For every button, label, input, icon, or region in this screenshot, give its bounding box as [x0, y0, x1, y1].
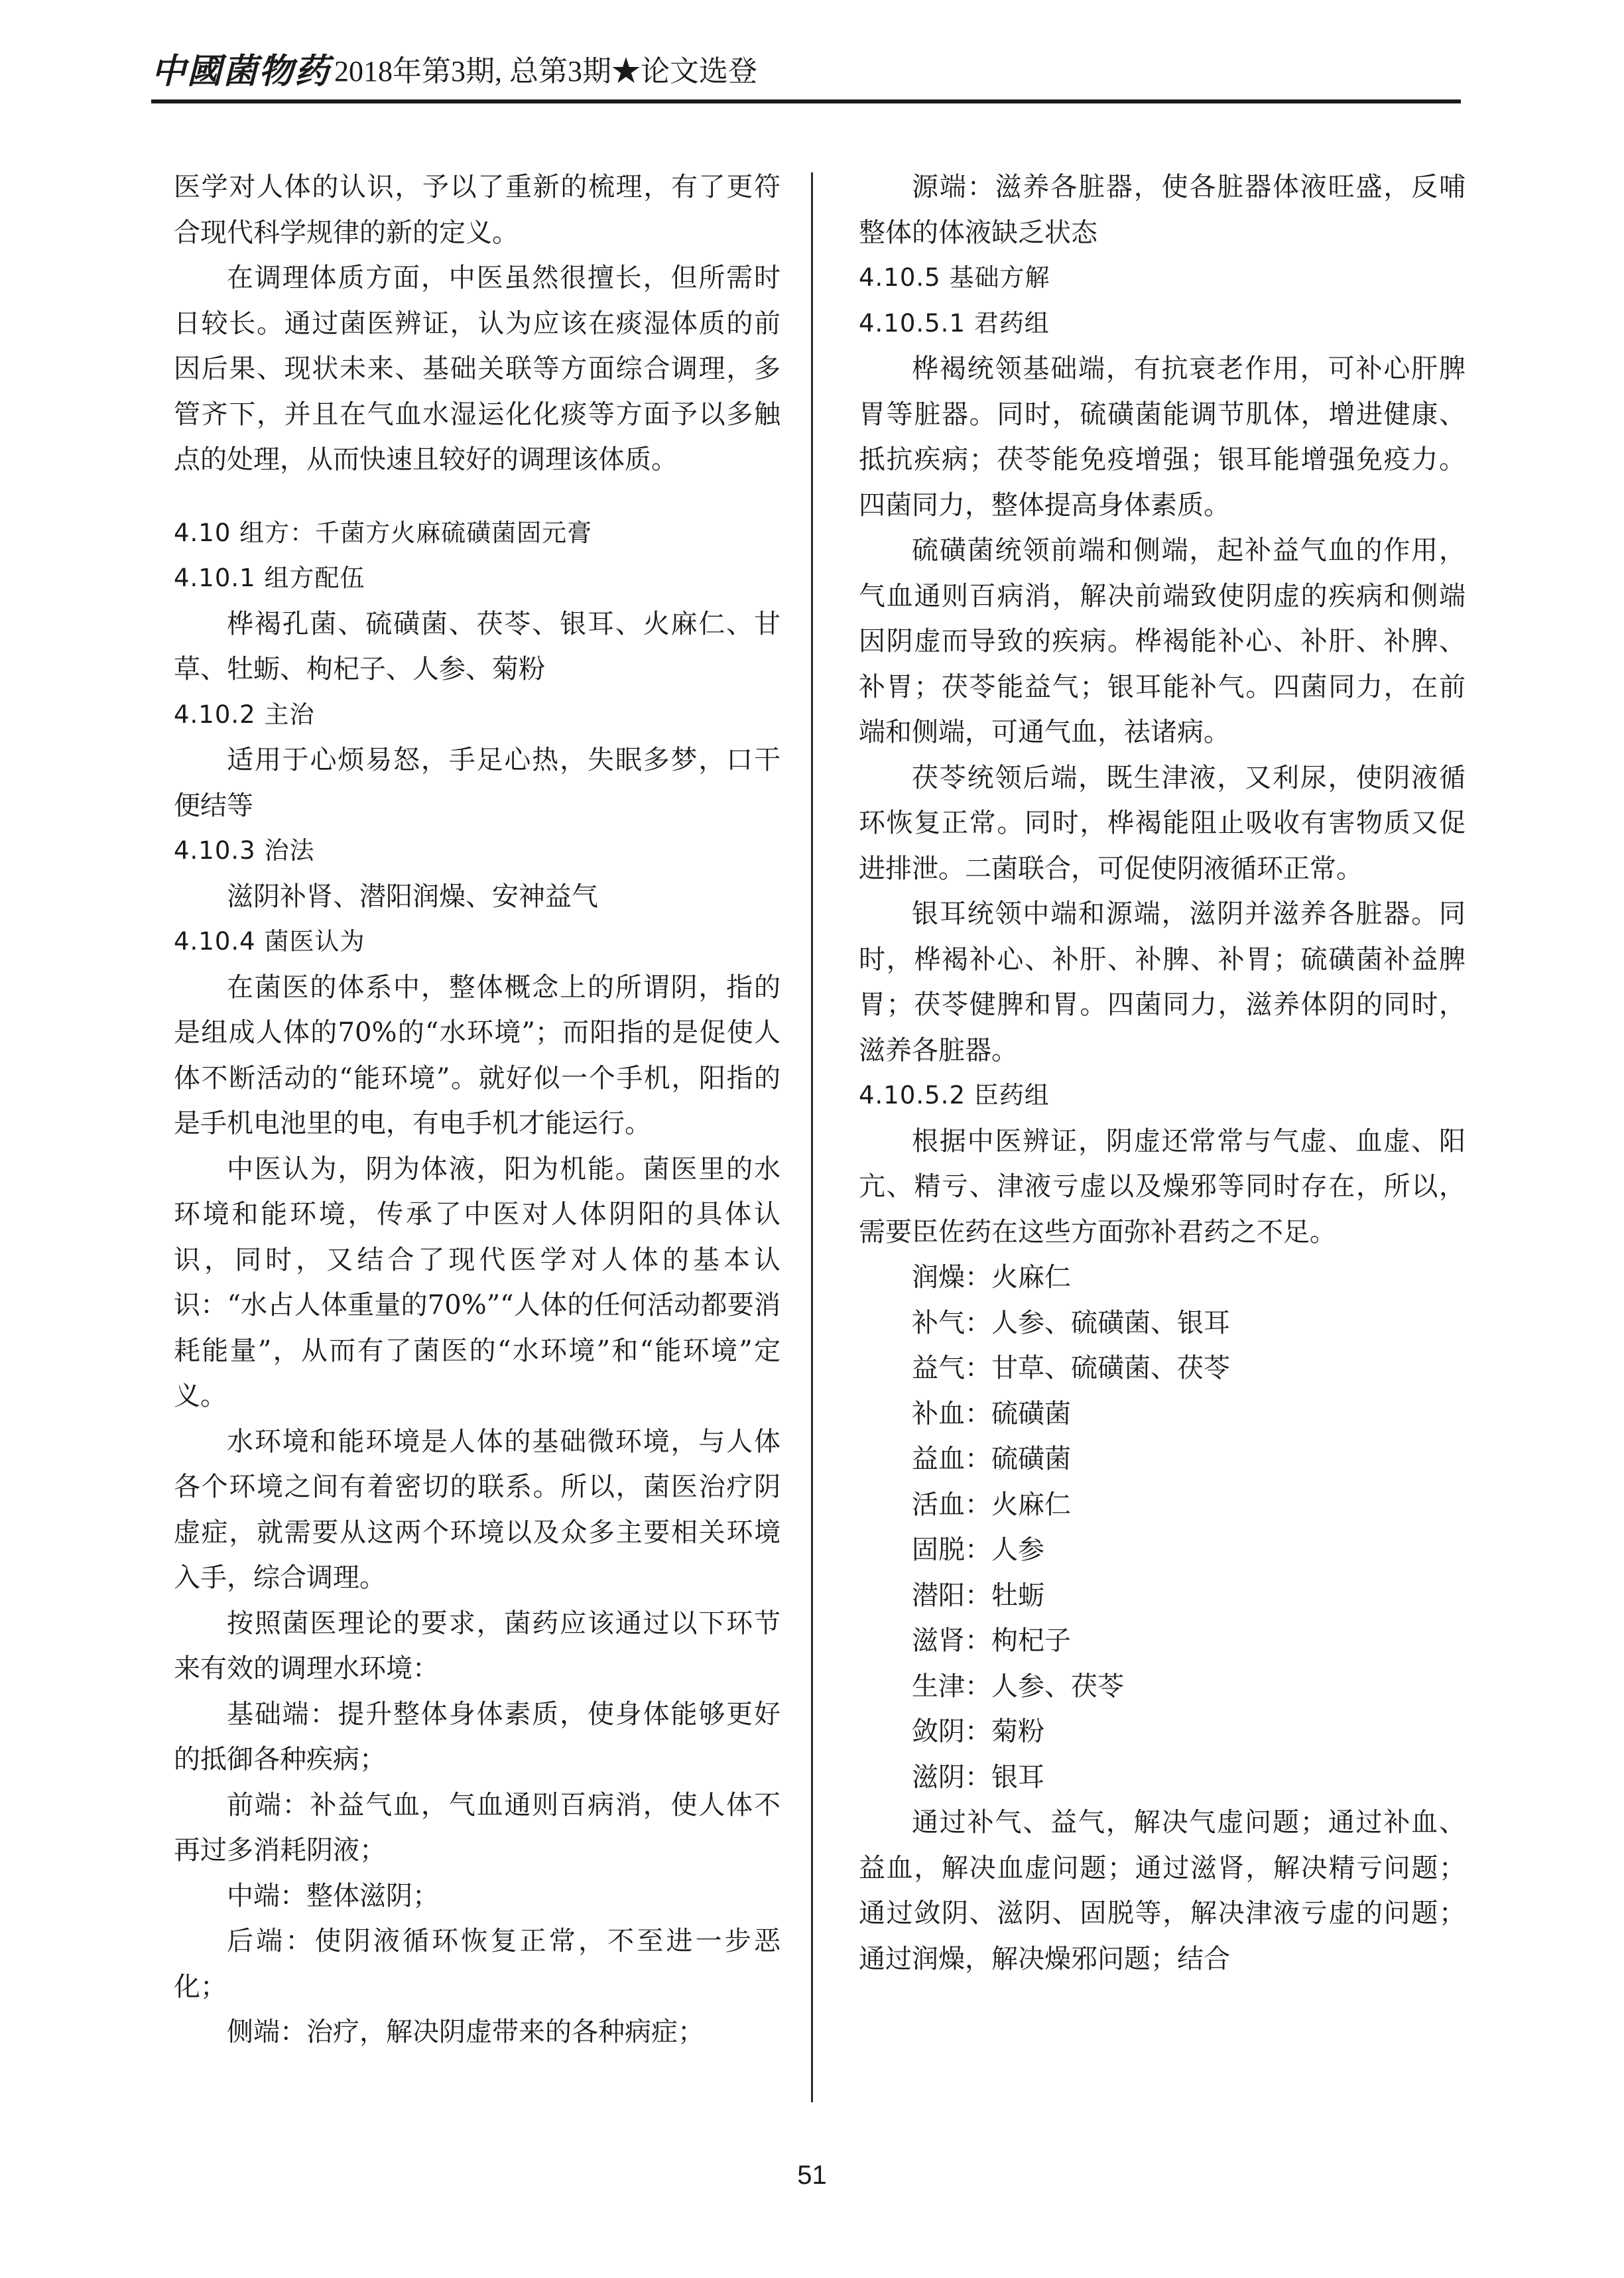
- source-end-item: 源端：滋养各脏器，使各脏器体液旺盛，反哺整体的体液缺乏状态: [859, 164, 1466, 255]
- paragraph: 医学对人体的认识，予以了重新的梳理，有了更符合现代科学规律的新的定义。: [174, 164, 781, 255]
- middle-end-item: 中端：整体滋阴；: [174, 1873, 781, 1919]
- herb-list-item: 滋肾：枸杞子: [859, 1618, 1466, 1664]
- section-heading-4-10-2: 4.10.2 主治: [174, 692, 781, 738]
- paragraph: 银耳统领中端和源端，滋阴并滋养各脏器。同时，桦褐补心、补肝、补脾、补胃；硫磺菌补…: [859, 891, 1466, 1073]
- section-heading-4-10-3: 4.10.3 治法: [174, 828, 781, 874]
- herb-list-item: 固脱：人参: [859, 1527, 1466, 1573]
- section-heading-4-10-5-2: 4.10.5.2 臣药组: [859, 1073, 1466, 1119]
- herb-list-item: 补血：硫磺菌: [859, 1391, 1466, 1437]
- paragraph: 在菌医的体系中，整体概念上的所谓阴，指的是组成人体的70%的“水环境”；而阳指的…: [174, 965, 781, 1147]
- base-end-item: 基础端：提升整体身体素质，使身体能够更好的抵御各种疾病；: [174, 1692, 781, 1783]
- section-heading-4-10: 4.10 组方：千菌方火麻硫磺菌固元膏: [174, 511, 781, 556]
- herb-list-item: 活血：火麻仁: [859, 1482, 1466, 1528]
- column-divider: [811, 172, 813, 2102]
- paragraph: 按照菌医理论的要求，菌药应该通过以下环节来有效的调理水环境：: [174, 1601, 781, 1692]
- paragraph: 硫磺菌统领前端和侧端，起补益气血的作用，气血通则百病消，解决前端致使阴虚的疾病和…: [859, 528, 1466, 755]
- herb-list-item: 益气：甘草、硫磺菌、茯苓: [859, 1346, 1466, 1391]
- section-heading-4-10-4: 4.10.4 菌医认为: [174, 919, 781, 965]
- method-paragraph: 滋阴补肾、潜阳润燥、安神益气: [174, 874, 781, 920]
- section-heading-4-10-5-1: 4.10.5.1 君药组: [859, 301, 1466, 347]
- ingredients-paragraph: 桦褐孔菌、硫磺菌、茯苓、银耳、火麻仁、甘草、牡蛎、枸杞子、人参、菊粉: [174, 601, 781, 692]
- herb-list-item: 益血：硫磺菌: [859, 1436, 1466, 1482]
- paragraph: 在调理体质方面，中医虽然很擅长，但所需时日较长。通过菌医辨证，认为应该在痰湿体质…: [174, 255, 781, 483]
- paragraph: 桦褐统领基础端，有抗衰老作用，可补心肝脾胃等脏器。同时，硫磺菌能调节肌体，增进健…: [859, 346, 1466, 528]
- herb-function-list: 润燥：火麻仁 补气：人参、硫磺菌、银耳 益气：甘草、硫磺菌、茯苓 补血：硫磺菌 …: [859, 1255, 1466, 1800]
- running-header: 中國菌物药 2018年第3期, 总第3期★论文选登: [151, 52, 757, 92]
- side-end-item: 侧端：治疗，解决阴虚带来的各种病症；: [174, 2009, 781, 2055]
- paragraph: 中医认为，阴为体液，阳为机能。菌医里的水环境和能环境，传承了中医对人体阴阳的具体…: [174, 1147, 781, 1419]
- herb-list-item: 敛阴：菊粉: [859, 1709, 1466, 1755]
- indication-paragraph: 适用于心烦易怒，手足心热，失眠多梦，口干便结等: [174, 737, 781, 828]
- back-end-item: 后端：使阴液循环恢复正常，不至进一步恶化；: [174, 1919, 781, 2009]
- herb-list-item: 滋阴：银耳: [859, 1755, 1466, 1801]
- page-number: 51: [0, 2161, 1624, 2190]
- section-heading-4-10-5: 4.10.5 基础方解: [859, 255, 1466, 301]
- paragraph: 水环境和能环境是人体的基础微环境，与人体各个环境之间有着密切的联系。所以，菌医治…: [174, 1419, 781, 1601]
- section-heading-4-10-1: 4.10.1 组方配伍: [174, 556, 781, 601]
- left-column: 医学对人体的认识，予以了重新的梳理，有了更符合现代科学规律的新的定义。 在调理体…: [174, 164, 781, 2055]
- issue-info: 2018年第3期, 总第3期★论文选登: [334, 52, 757, 92]
- herb-list-item: 补气：人参、硫磺菌、银耳: [859, 1300, 1466, 1346]
- herb-list-item: 润燥：火麻仁: [859, 1255, 1466, 1300]
- right-column: 源端：滋养各脏器，使各脏器体液旺盛，反哺整体的体液缺乏状态 4.10.5 基础方…: [859, 164, 1466, 1982]
- paragraph: 通过补气、益气，解决气虚问题；通过补血、益血，解决血虚问题；通过滋肾，解决精亏问…: [859, 1800, 1466, 1982]
- herb-list-item: 生津：人参、茯苓: [859, 1664, 1466, 1710]
- paragraph: 茯苓统领后端，既生津液，又利尿，使阴液循环恢复正常。同时，桦褐能阻止吸收有害物质…: [859, 755, 1466, 892]
- header-rule: [151, 99, 1461, 103]
- herb-list-item: 潜阳：牡蛎: [859, 1573, 1466, 1619]
- journal-logo: 中國菌物药: [151, 52, 330, 92]
- front-end-item: 前端：补益气血，气血通则百病消，使人体不再过多消耗阴液；: [174, 1783, 781, 1873]
- paragraph: 根据中医辨证，阴虚还常常与气虚、血虚、阳亢、精亏、津液亏虚以及燥邪等同时存在，所…: [859, 1119, 1466, 1255]
